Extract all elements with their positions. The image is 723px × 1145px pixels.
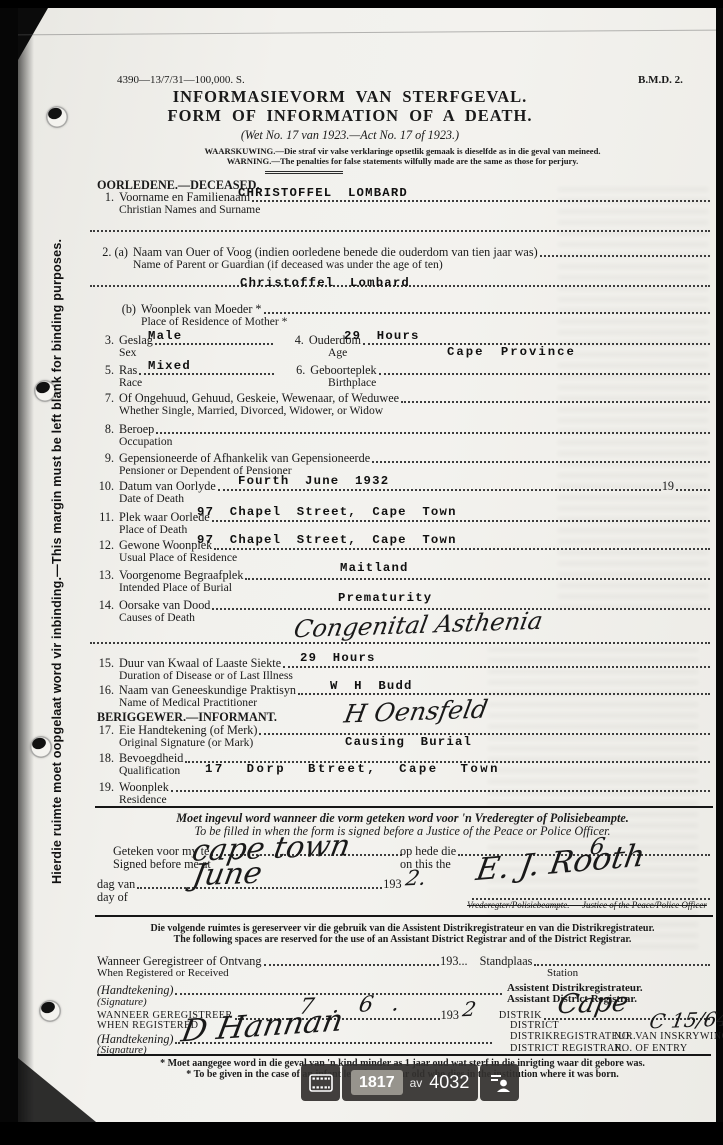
person-register-button[interactable] [480,1064,519,1101]
field-9-row: 9. Gepensioneerde of Afhankelik van Gepe… [88,452,711,465]
entry-label-en: NO. OF ENTRY [614,1043,688,1054]
punch-hole [46,106,68,128]
field-15-label-af: Duur van Kwaal of Laaste Siekte [119,657,281,670]
field-3-number: 3. [88,334,119,347]
reg-row1: Wanneer Geregistreer of Ontvang 193... S… [97,955,711,968]
form-title-english: FORM OF INFORMATION OF A DEATH. [90,106,610,126]
field-15-row: 15. Duur van Kwaal of Laaste Siekte [88,657,711,670]
field-6-label-af: Geboorteplek [310,364,376,377]
dotted-line [676,485,710,491]
dotted-line [90,638,710,644]
printed-year: 193 [383,878,401,891]
day-of-label-af: dag van [97,878,135,891]
field-19-row: 19. Woonplek [88,781,711,794]
reg-row1-year: 193... [440,955,467,968]
reserved-note-english: The following spaces are reserved for th… [95,934,710,945]
dotted-line [259,729,710,735]
field-10-typed-value: Fourth June 1932 [238,474,389,488]
dotted-line [372,457,710,463]
form-code: B.M.D. 2. [638,74,683,86]
field-2b-row: (b) Woonplek van Moeder * [110,303,711,316]
field-9-number: 9. [88,452,119,465]
field-5-typed-value: Mixed [148,359,191,373]
punch-hole-shadow [40,1000,57,1015]
jp-caption: Vrederegter/Polisiebeampte. — Justice of… [462,900,712,910]
reg-row4-right-en: DISTRICT REGISTRAR. [510,1043,625,1054]
field-17-typed-note: Causing Burial [345,735,472,749]
section-rule [95,915,713,917]
reg-row1-label-af: Wanneer Geregistreer of Ontvang [97,955,262,968]
district-handwritten: Cape [555,987,631,1020]
viewer-toolbar: 1817 av 4032 [301,1064,519,1101]
scan-scratch-line [18,30,716,36]
field-8-label-en: Occupation [119,436,172,448]
field-2b-label-en: Place of Residence of Mother * [141,316,287,328]
punch-hole-shadow [31,736,48,751]
field-9-label-af: Gepensioneerde of Afhankelik van Gepensi… [119,452,370,465]
reserved-note-afrikaans: Die volgende ruimtes is gereserveer vir … [95,923,710,934]
field-19-label-en: Residence [119,794,167,806]
current-page-box[interactable]: 1817 [351,1070,403,1095]
print-code: 4390—13/7/31—100,000. S. [117,74,245,86]
field-6-number: 6. [275,364,310,377]
field-16-label-af: Naam van Geneeskundige Praktisyn [119,684,296,697]
entry-number-handwritten: C 15/64 [648,1007,723,1034]
field-2a-row: 2. (a) Naam van Ouer of Voog (indien oor… [88,246,711,259]
field-14-number: 14. [88,599,119,612]
field-13-number: 13. [88,569,119,582]
field-17-label-af: Eie Handtekening (of Merk) [119,724,257,737]
header-divider [265,171,343,174]
field-4-number: 4. [274,334,309,347]
scan-bottom-border [0,1122,723,1145]
field-5-label-en: Race [119,377,142,389]
field-2b-label-af: Woonplek van Moeder * [141,303,262,316]
field-15-label-en: Duration of Disease or of Last Illness [119,670,293,682]
dotted-line [171,786,710,792]
field-16-number: 16. [88,684,119,697]
punch-hole [39,1000,61,1022]
field-8-label-af: Beroep [119,423,154,436]
total-pages: 4032 [429,1072,469,1093]
dotted-line [90,226,710,232]
field-2a-label-af: Naam van Ouer of Voog (indien oorledene … [133,246,538,259]
field-2a-label-en: Name of Parent or Guardian (if deceased … [133,259,443,271]
film-strip-button[interactable] [301,1064,340,1101]
reg-row1-right-en: Station [547,967,578,979]
field-18-number: 18. [88,752,119,765]
field-13-label-en: Intended Place of Burial [119,582,232,594]
reg-row3-year-printed: 193 [441,1009,459,1022]
section-rule [95,806,713,808]
field-7-row: 7. Of Ongehuud, Gehuud, Geskeie, Wewenaa… [88,392,711,405]
on-this-label-af: op hede die [400,845,456,858]
reg-row2: (Handtekening) [97,984,503,997]
field-19-label-af: Woonplek [119,781,169,794]
field-6-typed-value: Cape Province [447,345,576,359]
punch-hole [30,736,52,758]
field-18-label-en: Qualification [119,765,180,777]
reg-row1-right-af: Standplaas [480,955,533,968]
field-11-number: 11. [88,511,119,524]
bottom-rule [97,1054,711,1056]
field-10-label-af: Datum van Oorlyde [119,480,216,493]
page-of-label: av [410,1076,423,1090]
punch-hole-shadow [35,380,52,395]
field-12-number: 12. [88,539,119,552]
dotted-line [401,397,710,403]
reg-row2-label-en: (Signature) [97,996,147,1008]
field-16-typed-value: W H Budd [330,679,413,693]
field-1-label-af: Voorname en Familienaam [119,191,250,204]
field-13-label-af: Voorgenome Begraafplek [119,569,243,582]
person-register-icon [489,1072,511,1094]
field-10-row: 10. Datum van Oorlyde 19 [88,480,711,493]
field-11-typed-value: 97 Chapel Street, Cape Town [197,505,457,519]
field-3-typed-value: Male [148,329,182,343]
punch-hole-shadow [47,106,64,121]
field-1-extra-line [88,226,711,234]
dotted-line [156,428,710,434]
field-5-number: 5. [88,364,119,377]
viewer-stage: Hierdie ruimte moet oopgelaat word vir i… [0,0,723,1145]
informant-signature: H Oensfeld [342,695,490,729]
dotted-line [534,960,710,966]
field-14-typed-value: Prematurity [338,591,432,605]
field-18-typed-value: 17 Dorp Btreet, Cape Town [205,762,500,776]
field-3-label-en: Sex [119,347,136,359]
field-10-label-en: Date of Death [119,493,184,505]
warning-english: WARNING.—The penalties for false stateme… [95,156,710,166]
field-14-extra-line [88,638,711,646]
field-17-number: 17. [88,724,119,737]
field-1-label-en: Christian Names and Surname [119,204,260,216]
page-indicator: 1817 av 4032 [342,1064,478,1101]
field-7-label-af: Of Ongehuud, Gehuud, Geskeie, Wewenaar, … [119,392,399,405]
day-of-label-en: day of [97,890,128,905]
field-1-typed-value: CHRISTOFFEL LOMBARD [238,186,408,200]
field-18-label-af: Bevoegdheid [119,752,183,765]
field-7-label-en: Whether Single, Married, Divorced, Widow… [119,405,383,417]
reg-row3-right-en: DISTRICT [510,1020,559,1031]
form-title-afrikaans: INFORMASIEVORM VAN STERFGEVAL. [90,87,610,107]
month-handwritten: June [190,856,265,893]
dotted-line [379,369,710,375]
field-15-number: 15. [88,657,119,670]
field-10-number: 10. [88,480,119,493]
dotted-line [245,574,710,580]
dotted-line [264,308,710,314]
field-2b-number: (b) [110,303,141,316]
field-4-typed-value: 29 Hours [344,329,420,343]
field-5-label-af: Ras [119,364,137,377]
field-10-year-prefix: 19 [662,480,674,493]
binding-margin-note: Hierdie ruimte moet oopgelaat word vir i… [50,239,64,884]
field-19-number: 19. [88,781,119,794]
act-reference: (Wet No. 17 van 1923.—Act No. 17 of 1923… [90,128,610,143]
reg-row2-label-af: (Handtekening) [97,984,173,997]
field-8-row: 8. Beroep [88,423,711,436]
field-6-label-en: Birthplace [328,377,376,389]
field-16-label-en: Name of Medical Practitioner [119,697,257,709]
field-15-typed-value: 29 Hours [300,651,376,665]
dotted-line [264,960,440,966]
reg-row1-label-en: When Registered or Received [97,967,229,979]
field-4-label-en: Age [328,347,347,359]
field-17-label-en: Original Signature (or Mark) [119,737,253,749]
warning-afrikaans: WAARSKUWING.—Die straf vir valse verklar… [95,146,710,156]
field-14-label-af: Oorsake van Dood [119,599,210,612]
field-8-number: 8. [88,423,119,436]
field-14-label-en: Causes of Death [119,612,195,624]
field-12-typed-value: 97 Chapel Street, Cape Town [197,533,457,547]
field-11-label-en: Place of Death [119,524,187,536]
field-1-number: 1. [88,191,119,204]
field-12-label-en: Usual Place of Residence [119,552,237,564]
scan-left-shadow [18,8,34,1122]
field-7-number: 7. [88,392,119,405]
field-2a-typed-value: Christoffel Lombard [240,276,410,290]
jp-note-english: To be filled in when the form is signed … [95,824,710,839]
scan-top-border [0,0,723,8]
field-2a-number: 2. (a) [88,246,133,259]
film-strip-icon [309,1073,333,1093]
field-13-typed-value: Maitland [340,561,409,575]
dotted-line [540,251,710,257]
